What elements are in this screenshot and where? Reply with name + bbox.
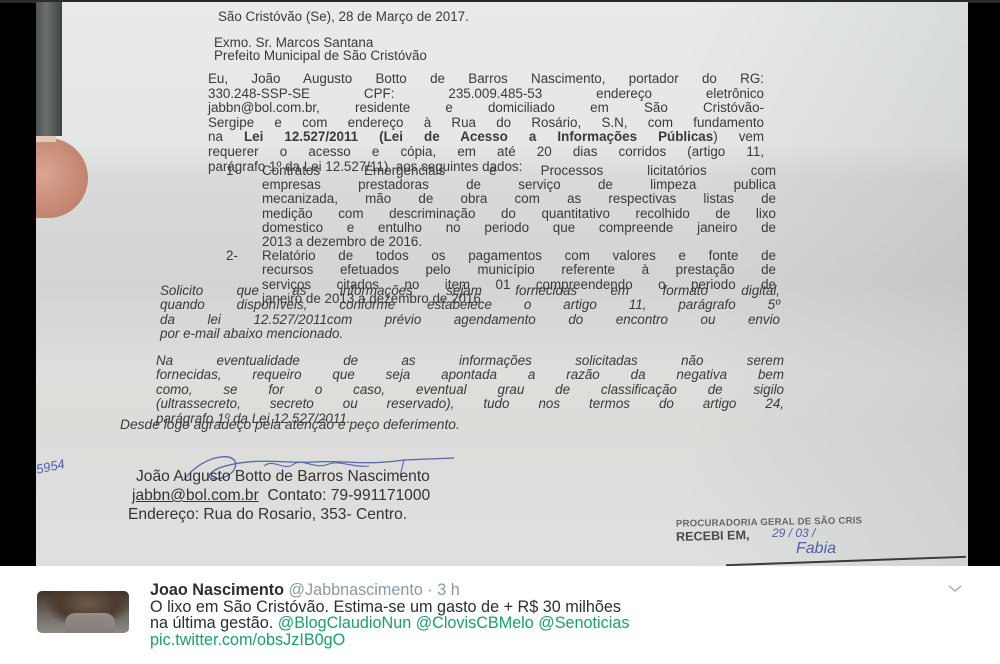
tweet[interactable]: Joao Nascimento @Jabbnascimento · 3 h O …: [0, 566, 1000, 664]
stamp-signature: Fabia: [796, 542, 836, 557]
mention-link[interactable]: @Senoticias: [538, 614, 629, 632]
paragraph-denial-reason: Na eventualidade de as informações solic…: [156, 354, 784, 426]
recipient-title: Prefeito Municipal de São Cristóvão: [214, 49, 427, 64]
text-line: domestico e entulho no periodo que compr…: [262, 221, 776, 235]
text-line: empresas prestadoras de serviço de limpe…: [262, 178, 776, 192]
text-line: mecanizada, mão de obra com as respectiv…: [262, 192, 776, 206]
tweet-text-segment: na última gestão.: [150, 614, 278, 632]
tweet-photo[interactable]: São Cristóvão (Se), 28 de Março de 2017.…: [0, 0, 1000, 566]
chevron-down-icon[interactable]: [948, 584, 962, 594]
signer-phone: Contato: 79-991171000: [259, 487, 430, 504]
list-number: 2-: [226, 249, 238, 264]
text-line: como, se for o caso, eventual grau de cl…: [156, 383, 784, 397]
text-line: quando disponíveis, conforme estabelece …: [160, 298, 780, 312]
text-line: recursos efetuados pelo município refere…: [262, 263, 776, 277]
stamp-date: 29 / 03 /: [772, 526, 815, 541]
signer-contact: jabbn@bol.com.br Contato: 79-991171000: [132, 486, 430, 505]
mention-link[interactable]: @BlogClaudioNun: [278, 614, 411, 632]
text-line: Eu, João Augusto Botto de Barros Nascime…: [208, 72, 764, 87]
tweet-text-line: na última gestão. @BlogClaudioNun @Clovi…: [150, 615, 970, 632]
letter-date: São Cristóvão (Se), 28 de Março de 2017.: [218, 10, 469, 25]
text-line: jabbn@bol.com.br, residente e domiciliad…: [208, 101, 764, 116]
tweet-timestamp[interactable]: 3 h: [437, 581, 460, 599]
text-line: Contratos Emergenciais e Processos licit…: [262, 164, 776, 178]
mention-link[interactable]: @ClovisCBMelo: [416, 614, 534, 632]
law-line: na Lei 12.527/2011 (Lei de Acesso a Info…: [208, 130, 764, 145]
text-line: fornecidas, requeiro que seja apontada a…: [156, 368, 784, 382]
tweet-header: Joao Nascimento @Jabbnascimento · 3 h: [150, 582, 970, 599]
text-line: requerer o acesso e cópia, em até 20 dia…: [208, 145, 764, 160]
text-line: por e-mail abaixo mencionado.: [160, 327, 780, 341]
pic-link[interactable]: pic.twitter.com/obsJzIB0gO: [150, 631, 345, 649]
paragraph-digital-format: Solicito que as informações sejam fornec…: [160, 284, 780, 342]
list-item: 1- Contratos Emergenciais e Processos li…: [216, 164, 776, 249]
text-line: Na eventualidade de as informações solic…: [156, 354, 784, 368]
text-line: 330.248-SSP-SE CPF: 235.009.485-53 ender…: [208, 87, 764, 102]
separator: ·: [427, 581, 432, 599]
letter: São Cristóvão (Se), 28 de Março de 2017.…: [36, 2, 968, 566]
text-line: medição com descriminação do quantitativ…: [262, 207, 776, 221]
signer-email: jabbn@bol.com.br: [132, 487, 259, 504]
text-line: 2013 a dezembro de 2016.: [262, 235, 776, 249]
text-line: da lei 12.527/2011com prévio agendamento…: [160, 313, 780, 327]
tweet-text-line: pic.twitter.com/obsJzIB0gO: [150, 632, 970, 649]
signer-name: João Augusto Botto de Barros Nascimento: [136, 467, 430, 486]
display-name[interactable]: Joao Nascimento: [150, 581, 284, 599]
law-name: Lei 12.527/2011 (Lei de Acesso a Informa…: [244, 129, 713, 144]
tweet-text-line: O lixo em São Cristóvão. Estima-se um ga…: [150, 599, 970, 616]
signer-address: Endereço: Rua do Rosario, 353- Centro.: [128, 505, 407, 524]
tweet-body: Joao Nascimento @Jabbnascimento · 3 h O …: [150, 582, 970, 648]
text-line: Solicito que as informações sejam fornec…: [160, 284, 780, 298]
stamp-rule: [726, 556, 966, 566]
text-line: Relatório de todos os pagamentos com val…: [262, 249, 776, 263]
margin-note: 5954: [36, 457, 66, 477]
list-number: 1-: [226, 164, 238, 179]
avatar[interactable]: [37, 591, 129, 633]
closing-line: Desde logo agradeço pela atenção e peço …: [120, 418, 460, 433]
stamp-received-label: RECEBI EM,: [676, 528, 750, 545]
text-line: (ultrassecreto, secreto ou reservado), t…: [156, 397, 784, 411]
law-prefix: na: [208, 129, 244, 144]
law-suffix: ) vem: [713, 129, 764, 144]
text-line: Sergipe e com endereço à Rua do Rosário,…: [208, 116, 764, 131]
paragraph-request: Eu, João Augusto Botto de Barros Nascime…: [208, 72, 764, 174]
document-paper: São Cristóvão (Se), 28 de Março de 2017.…: [36, 2, 968, 566]
user-handle[interactable]: @Jabbnascimento: [289, 581, 423, 599]
